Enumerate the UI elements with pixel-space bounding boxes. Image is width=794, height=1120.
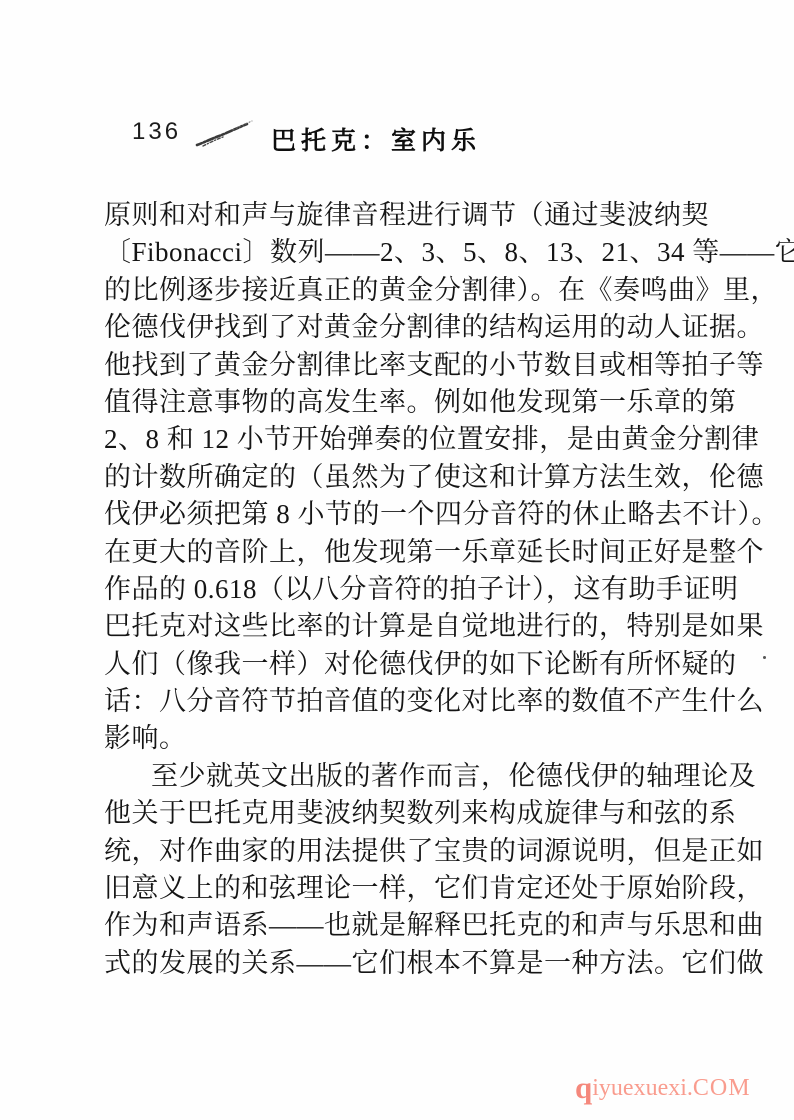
site-watermark: qiyuexuexi.COM [575, 1070, 751, 1106]
text-line: 旧意义上的和弦理论一样，它们肯定还处于原始阶段， [104, 870, 689, 907]
text-line: 人们（像我一样）对伦德伐伊的如下论断有所怀疑的 [104, 646, 689, 683]
text-line: 在更大的音阶上，他发现第一乐章延长时间正好是整个 [104, 534, 689, 571]
pen-scribble-mark [193, 112, 257, 152]
scan-speck [763, 656, 766, 659]
text-line: 的比例逐步接近真正的黄金分割律）。在《奏鸣曲》里， [104, 272, 689, 309]
text-line: 原则和对和声与旋律音程进行调节（通过斐波纳契 [104, 197, 689, 234]
text-line: 他关于巴托克用斐波纳契数列来构成旋律与和弦的系 [104, 795, 689, 832]
page-number: 136 [132, 118, 181, 146]
text-line: 式的发展的关系——它们根本不算是一种方法。它们做 [104, 945, 689, 982]
watermark-tld: COM [693, 1075, 751, 1101]
book-page: 136 巴托克：室内乐 原则和对和声与旋律音程进行调节（通过斐波纳契〔Fibon… [0, 0, 794, 1120]
text-line: 影响。 [104, 720, 689, 757]
text-line: 他找到了黄金分割律比率支配的小节数目或相等拍子等 [104, 347, 689, 384]
text-line: 作为和声语系——也就是解释巴托克的和声与乐思和曲 [104, 907, 689, 944]
text-line: 话：八分音符节拍音值的变化对比率的数值不产生什么 [104, 683, 689, 720]
text-line: 至少就英文出版的著作而言，伦德伐伊的轴理论及 [104, 758, 689, 795]
text-line: 统，对作曲家的用法提供了宝贵的词源说明，但是正如 [104, 833, 689, 870]
body-text: 原则和对和声与旋律音程进行调节（通过斐波纳契〔Fibonacci〕数列——2、3… [104, 197, 689, 982]
text-line: 值得注意事物的高发生率。例如他发现第一乐章的第 [104, 384, 689, 421]
text-line: 伦德伐伊找到了对黄金分割律的结构运用的动人证据。 [104, 309, 689, 346]
text-line: 的计数所确定的（虽然为了使这和计算方法生效，伦德 [104, 459, 689, 496]
watermark-name: iyuexuexi [592, 1075, 687, 1101]
text-line: 作品的 0.618（以八分音符的拍子计），这有助手证明 [104, 571, 689, 608]
running-head-book-title: 巴托克：室内乐 [271, 121, 481, 157]
text-line: 伐伊必须把第 8 小节的一个四分音符的休止略去不计）。 [104, 496, 689, 533]
watermark-initial: q [575, 1070, 592, 1105]
text-line: 2、8 和 12 小节开始弹奏的位置安排，是由黄金分割律 [104, 421, 689, 458]
text-line: 巴托克对这些比率的计算是自觉地进行的，特别是如果 [104, 608, 689, 645]
text-line: 〔Fibonacci〕数列——2、3、5、8、13、21、34 等——它 [104, 234, 689, 271]
